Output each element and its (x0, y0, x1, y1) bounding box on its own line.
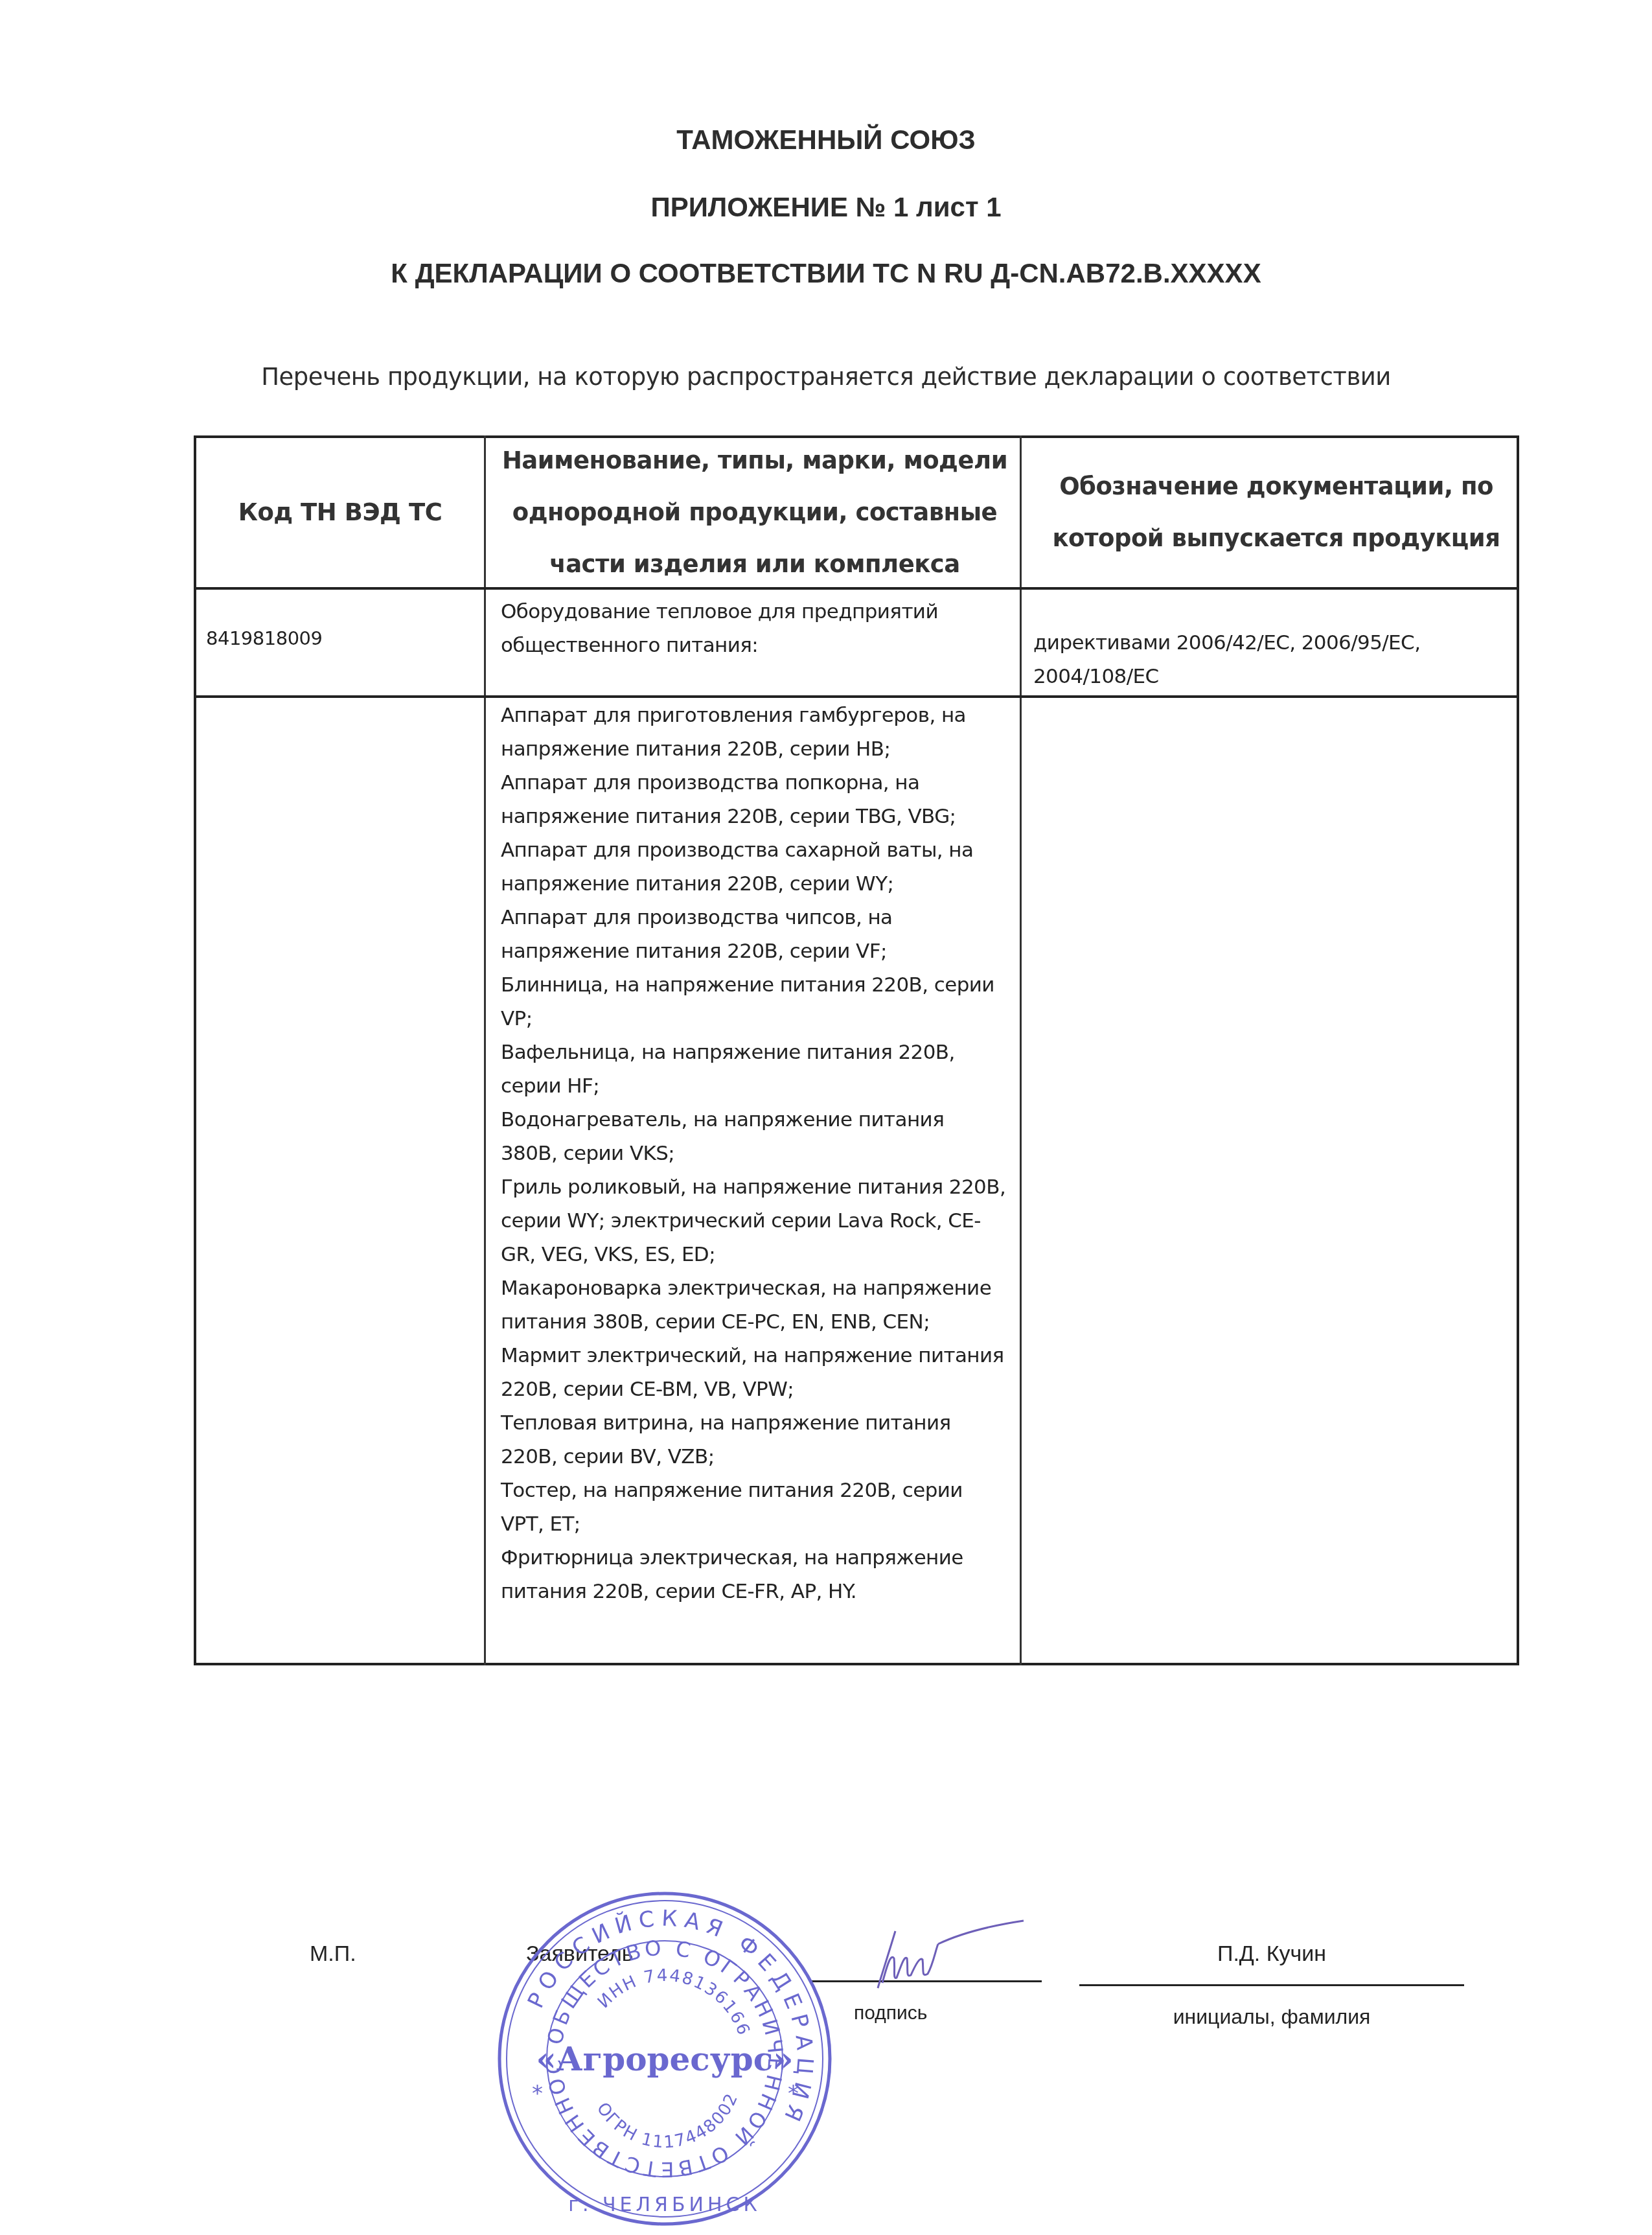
product-list-item: Аппарат для производства чипсов, на напр… (501, 901, 1006, 968)
table-divider (1020, 435, 1022, 1665)
signer-name: П.Д. Кучин (1079, 1941, 1464, 1967)
table-cell-docs: директивами 2006/42/ЕС, 2006/95/EC, 2004… (1033, 626, 1500, 693)
document-title-appendix: ПРИЛОЖЕНИЕ № 1 лист 1 (0, 192, 1652, 223)
stamp-company: «Агроресурс» (536, 2040, 794, 2078)
product-list-item: Аппарат для производства попкорна, на на… (501, 766, 1006, 833)
stamp-city: г. ЧЕЛЯБИНСК (568, 2194, 761, 2216)
document-subtitle: Перечень продукции, на которую распростр… (0, 363, 1652, 391)
product-list-item: Фритюрница электрическая, на напряжение … (501, 1541, 1006, 1608)
product-list-item: Вафельница, на напряжение питания 220В, … (501, 1036, 1006, 1103)
column-header-docs-label: Обозначение документации, по которой вып… (1037, 461, 1516, 564)
table-cell-name: Оборудование тепловое для предприятий об… (501, 595, 993, 662)
table-divider (194, 695, 1519, 698)
column-header-name-label: Наименование, типы, марки, модели одноро… (499, 435, 1011, 590)
svg-text:*: * (532, 2081, 543, 2107)
product-list-item: Тостер, на напряжение питания 220В, сери… (501, 1474, 1006, 1541)
product-list: Аппарат для приготовления гамбургеров, н… (501, 699, 1006, 1608)
table-divider (484, 435, 486, 1665)
column-header-code: Код ТН ВЭД ТС (196, 438, 484, 587)
column-header-docs: Обозначение документации, по которой вып… (1037, 438, 1516, 587)
product-list-item: Водонагреватель, на напряжение питания 3… (501, 1103, 1006, 1170)
svg-text:*: * (788, 2081, 799, 2107)
company-stamp: РОССИЙСКАЯ ФЕДЕРАЦИЯ ОБЩЕСТВО С ОГРАНИЧЕ… (493, 1887, 836, 2230)
document-title-declaration: К ДЕКЛАРАЦИИ О СООТВЕТСТВИИ ТС N RU Д-CN… (0, 258, 1652, 289)
product-list-item: Мармит электрический, на напряжение пита… (501, 1339, 1006, 1406)
name-line (1079, 1984, 1464, 1986)
product-list-item: Блинница, на напряжение питания 220В, се… (501, 968, 1006, 1036)
product-list-item: Макароноварка электрическая, на напряжен… (501, 1271, 1006, 1339)
product-list-item: Аппарат для производства сахарной ваты, … (501, 833, 1006, 901)
table-cell-code: 8419818009 (206, 627, 323, 649)
seal-label: М.П. (310, 1941, 356, 1967)
handwritten-signature (868, 1918, 1075, 1989)
name-caption: инициалы, фамилия (1079, 2005, 1464, 2029)
signature-caption: подпись (854, 2002, 927, 2024)
product-list-item: Гриль роликовый, на напряжение питания 2… (501, 1170, 1006, 1271)
product-list-item: Аппарат для приготовления гамбургеров, н… (501, 699, 1006, 766)
column-header-code-label: Код ТН ВЭД ТС (238, 487, 442, 538)
product-list-item: Тепловая витрина, на напряжение питания … (501, 1406, 1006, 1474)
document-title-union: ТАМОЖЕННЫЙ СОЮЗ (0, 124, 1652, 156)
column-header-name: Наименование, типы, марки, модели одноро… (499, 438, 1011, 587)
